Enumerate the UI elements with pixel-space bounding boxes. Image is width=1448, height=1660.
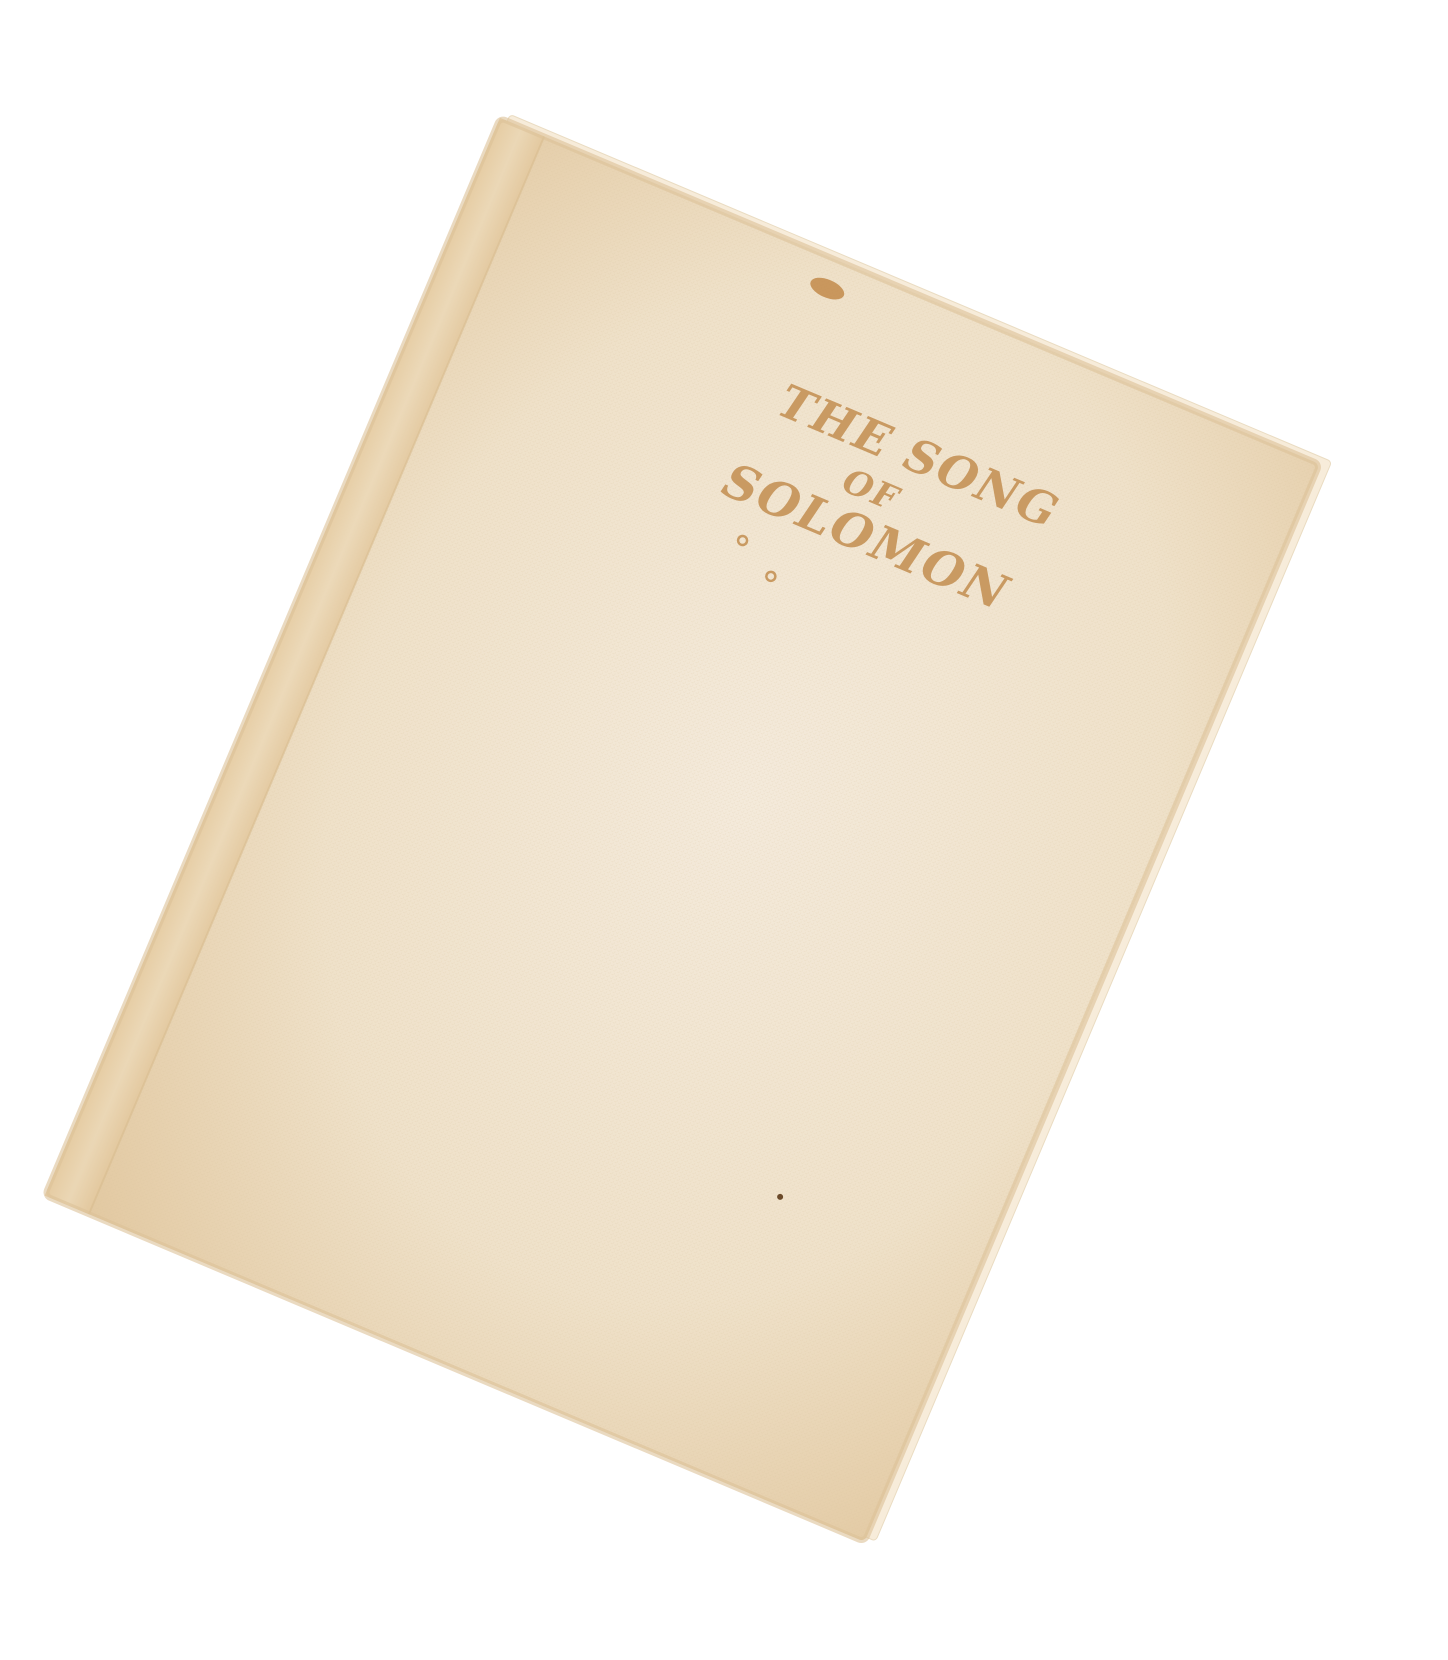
book: THE SONG OF SOLOMON: [45, 111, 1332, 1545]
photo-scene: THE SONG OF SOLOMON: [0, 0, 1448, 1660]
